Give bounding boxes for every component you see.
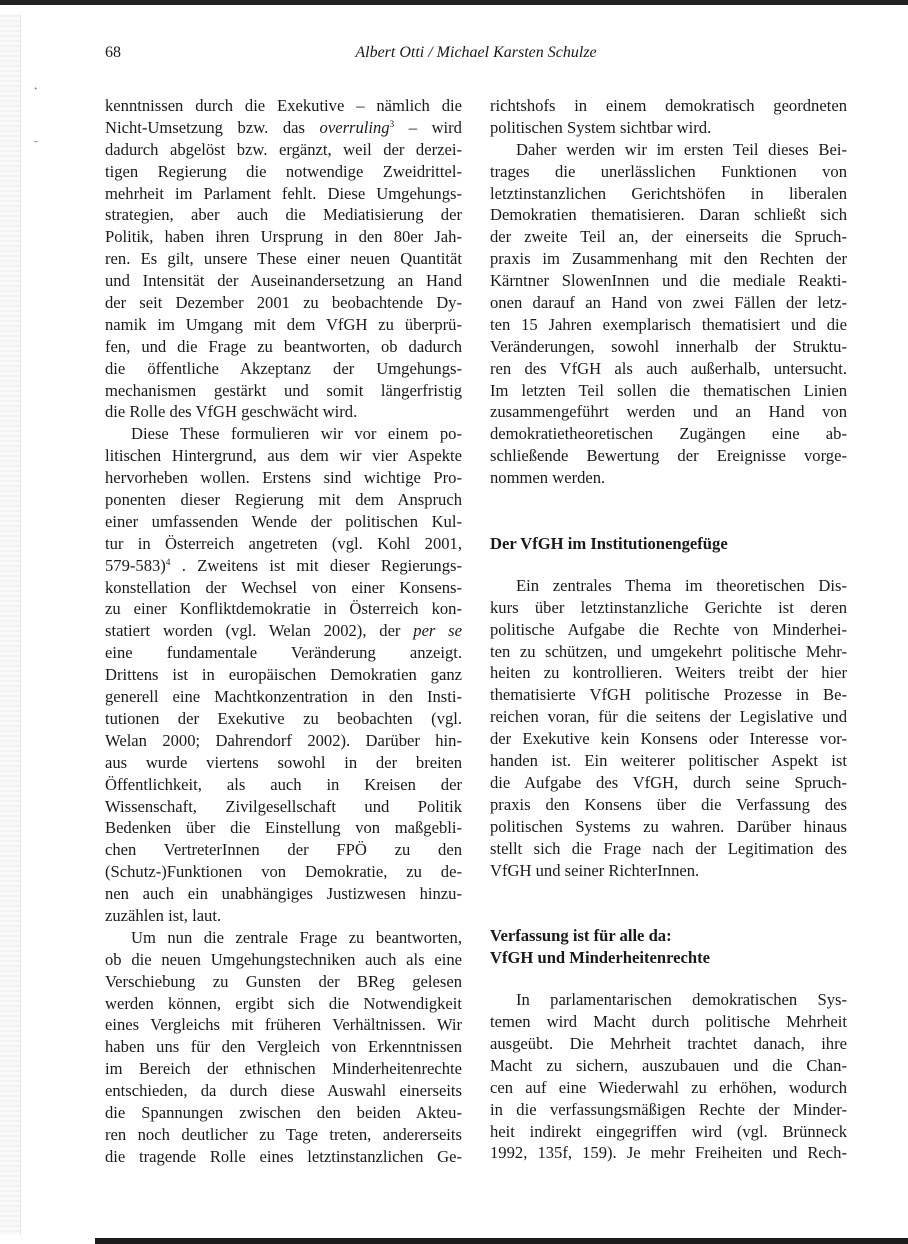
left-column: kenntnissen durch die Exekutive – nämlic… bbox=[105, 95, 462, 1168]
text-line: namik im Umgang mit dem VfGH zu überprü- bbox=[105, 314, 462, 336]
text-line: zuzählen ist, laut. bbox=[105, 905, 462, 927]
scan-left-margin bbox=[0, 15, 21, 1235]
text-line: fen, und die Frage zu beantworten, ob da… bbox=[105, 336, 462, 358]
text-line: letztinstanzlichen Gerichtshöfen in libe… bbox=[490, 183, 847, 205]
text-line: 579-583)4 . Zweitens ist mit dieser Regi… bbox=[105, 555, 462, 577]
text-line: der seit Dezember 2001 zu beobachtende D… bbox=[105, 292, 462, 314]
text-line: der Exekutive kein Konsens oder Interess… bbox=[490, 728, 847, 750]
text-line: Im letzten Teil sollen die thematischen … bbox=[490, 380, 847, 402]
text-line: tutionen der Exekutive zu beobachten (vg… bbox=[105, 708, 462, 730]
text-line: handen ist. Ein weiterer politischer Asp… bbox=[490, 750, 847, 772]
paragraph-start: In parlamentarischen demokratischen Sys- bbox=[490, 989, 847, 1011]
paragraph-start: Diese These formulieren wir vor einem po… bbox=[105, 423, 462, 445]
text-line: VfGH und seiner RichterInnen. bbox=[490, 860, 847, 882]
paragraph-start: Um nun die zentrale Frage zu beantworten… bbox=[105, 927, 462, 949]
section-gap bbox=[490, 881, 847, 925]
text-line: haben uns für den Vergleich von Erkenntn… bbox=[105, 1036, 462, 1058]
text-line: politischen Systems zu wahren. Darüber h… bbox=[490, 816, 847, 838]
text-line: die Rolle des VfGH geschwächt wird. bbox=[105, 401, 462, 423]
text-line: ren des VfGH als auch außerhalb, untersu… bbox=[490, 358, 847, 380]
section-gap bbox=[490, 489, 847, 533]
text-line: Wissenschaft, Zivilgesellschaft und Poli… bbox=[105, 796, 462, 818]
text-line: trages die unerlässlichen Funktionen von bbox=[490, 161, 847, 183]
text-line: Macht zu sichern, auszubauen und die Cha… bbox=[490, 1055, 847, 1077]
text-line: tur in Österreich angetreten (vgl. Kohl … bbox=[105, 533, 462, 555]
scan-top-edge bbox=[0, 0, 908, 5]
page-header: 68 Albert Otti / Michael Karsten Schulze bbox=[105, 44, 847, 68]
text-line: strategien, aber auch die Mediatisierung… bbox=[105, 204, 462, 226]
term-overruling: overruling bbox=[320, 118, 390, 137]
paragraph-start: Daher werden wir im ersten Teil dieses B… bbox=[490, 139, 847, 161]
text-line: heit indirekt eingegriffen wird (vgl. Br… bbox=[490, 1121, 847, 1143]
text-line: ponenten dieser Regierung mit dem Anspru… bbox=[105, 489, 462, 511]
text-line: tigen Regierung die notwendige Zweidritt… bbox=[105, 161, 462, 183]
term-per-se: per se bbox=[413, 621, 462, 640]
text-line: stellt sich die Frage nach der Legitimat… bbox=[490, 838, 847, 860]
text-line: entschieden, da durch diese Auswahl eine… bbox=[105, 1080, 462, 1102]
text-line: (Schutz-)Funktionen von Demokratie, zu d… bbox=[105, 861, 462, 883]
scan-mark: ˗ bbox=[34, 135, 38, 147]
section-heading: Der VfGH im Institutionengefüge bbox=[490, 533, 847, 555]
running-head: Albert Otti / Michael Karsten Schulze bbox=[105, 44, 847, 62]
right-column: richtshofs in einem demokratisch geordne… bbox=[490, 95, 847, 1164]
text-line: nen auch ein unabhängiges Justizwesen hi… bbox=[105, 883, 462, 905]
text-line: Bedenken über die Einstellung von maßgeb… bbox=[105, 817, 462, 839]
text-line: litischen Hintergrund, aus dem wir vier … bbox=[105, 445, 462, 467]
text-line: und Intensität der Auseinandersetzung an… bbox=[105, 270, 462, 292]
text-line: zu einer Konfliktdemokratie in Österreic… bbox=[105, 598, 462, 620]
text-line: die Aufgabe des VfGH, durch seine Spruch… bbox=[490, 772, 847, 794]
text-line: Demokratien thematisieren. Daran schließ… bbox=[490, 204, 847, 226]
text-line: ten zu schützen, und umgekehrt politisch… bbox=[490, 641, 847, 663]
text-line: aus wurde viertens sowohl in der breiten bbox=[105, 752, 462, 774]
text-line: Welan 2000; Dahrendorf 2002). Darüber hi… bbox=[105, 730, 462, 752]
text-line: eine fundamentale Veränderung anzeigt. bbox=[105, 642, 462, 664]
text-line: onen darauf an Hand von zwei Fällen der … bbox=[490, 292, 847, 314]
text-line: reichen voran, für die seitens der Legis… bbox=[490, 706, 847, 728]
text-line: generell eine Machtkonzentration in den … bbox=[105, 686, 462, 708]
text-line: temen wird Macht durch politische Mehrhe… bbox=[490, 1011, 847, 1033]
section-heading-line2: VfGH und Minderheitenrechte bbox=[490, 947, 847, 969]
section-gap bbox=[490, 555, 847, 575]
text-line: politischen System sichtbar wird. bbox=[490, 117, 847, 139]
text-line: demokratietheoretischen Zugängen eine ab… bbox=[490, 423, 847, 445]
text-line: Drittens ist in europäischen Demokratien… bbox=[105, 664, 462, 686]
text-line: politische Aufgabe die Rechte von Minder… bbox=[490, 619, 847, 641]
section-gap bbox=[490, 969, 847, 989]
text-line: konstellation der Wechsel von einer Kons… bbox=[105, 577, 462, 599]
text-line: nommen werden. bbox=[490, 467, 847, 489]
text-line: heiten zu kontrollieren. Weiters treibt … bbox=[490, 662, 847, 684]
text-line: werden können, ergibt sich die Notwendig… bbox=[105, 993, 462, 1015]
text-line: im Bereich der ethnischen Minderheitenre… bbox=[105, 1058, 462, 1080]
paragraph-start: Ein zentrales Thema im theoretischen Dis… bbox=[490, 575, 847, 597]
text-line: Politik, haben ihren Ursprung in den 80e… bbox=[105, 226, 462, 248]
text-line: praxis im Zusammenhang mit den Rechten d… bbox=[490, 248, 847, 270]
text-line: die Spannungen zwischen den beiden Akteu… bbox=[105, 1102, 462, 1124]
text-line: die tragende Rolle eines letztinstanzlic… bbox=[105, 1146, 462, 1168]
text-line: ren noch deutlicher zu Tage treten, ande… bbox=[105, 1124, 462, 1146]
text-line: praxis den Konsens über die Verfassung d… bbox=[490, 794, 847, 816]
text-line: schließende Bewertung der Ereignisse vor… bbox=[490, 445, 847, 467]
text-line: ob die neuen Umgehungstechniken auch als… bbox=[105, 949, 462, 971]
text-line: dadurch abgelöst bzw. ergänzt, weil der … bbox=[105, 139, 462, 161]
text-line: mechanismen gestärkt und somit längerfri… bbox=[105, 380, 462, 402]
text-line: mehrheit im Parlament fehlt. Diese Umgeh… bbox=[105, 183, 462, 205]
text-line: in die verfassungsmäßigen Rechte der Min… bbox=[490, 1099, 847, 1121]
text-line: einer umfassenden Wende der politischen … bbox=[105, 511, 462, 533]
text-line: Kärntner SlowenInnen und die mediale Rea… bbox=[490, 270, 847, 292]
text-line: Öffentlichkeit, als auch in Kreisen der bbox=[105, 774, 462, 796]
text-line: Verschiebung zu Gunsten der BReg gelesen bbox=[105, 971, 462, 993]
text-line: ren. Es gilt, unsere These einer neuen Q… bbox=[105, 248, 462, 270]
text-line: Nicht-Umsetzung bzw. das overruling3 – w… bbox=[105, 117, 462, 139]
text-line: der zweite Teil an, der einerseits die S… bbox=[490, 226, 847, 248]
text-line: kurs über letztinstanzliche Gerichte ist… bbox=[490, 597, 847, 619]
text-line: kenntnissen durch die Exekutive – nämlic… bbox=[105, 95, 462, 117]
text-line: Veränderungen, sowohl innerhalb der Stru… bbox=[490, 336, 847, 358]
text-line: ausgeübt. Die Mehrheit trachtet danach, … bbox=[490, 1033, 847, 1055]
text-line: chen VertreterInnen der FPÖ zu den bbox=[105, 839, 462, 861]
scan-bottom-edge bbox=[95, 1238, 908, 1244]
text-line: die öffentliche Akzeptanz der Umgehungs- bbox=[105, 358, 462, 380]
text-line: eines Vergleichs mit früheren Verhältnis… bbox=[105, 1014, 462, 1036]
text-line: hervorheben wollen. Erstens sind wichtig… bbox=[105, 467, 462, 489]
text-line: zusammengeführt werden und an Hand von bbox=[490, 401, 847, 423]
text-line: ten 15 Jahren exemplarisch thematisiert … bbox=[490, 314, 847, 336]
text-line: cen auf eine Wiederwahl zu erhöhen, wodu… bbox=[490, 1077, 847, 1099]
text-line: 1992, 135f, 159). Je mehr Freiheiten und… bbox=[490, 1142, 847, 1164]
section-heading-line1: Verfassung ist für alle da: bbox=[490, 925, 847, 947]
text-line: thematisierte VfGH politische Prozesse i… bbox=[490, 684, 847, 706]
text-line: statiert worden (vgl. Welan 2002), der p… bbox=[105, 620, 462, 642]
scan-mark: ˻ bbox=[34, 78, 38, 90]
text-line: richtshofs in einem demokratisch geordne… bbox=[490, 95, 847, 117]
